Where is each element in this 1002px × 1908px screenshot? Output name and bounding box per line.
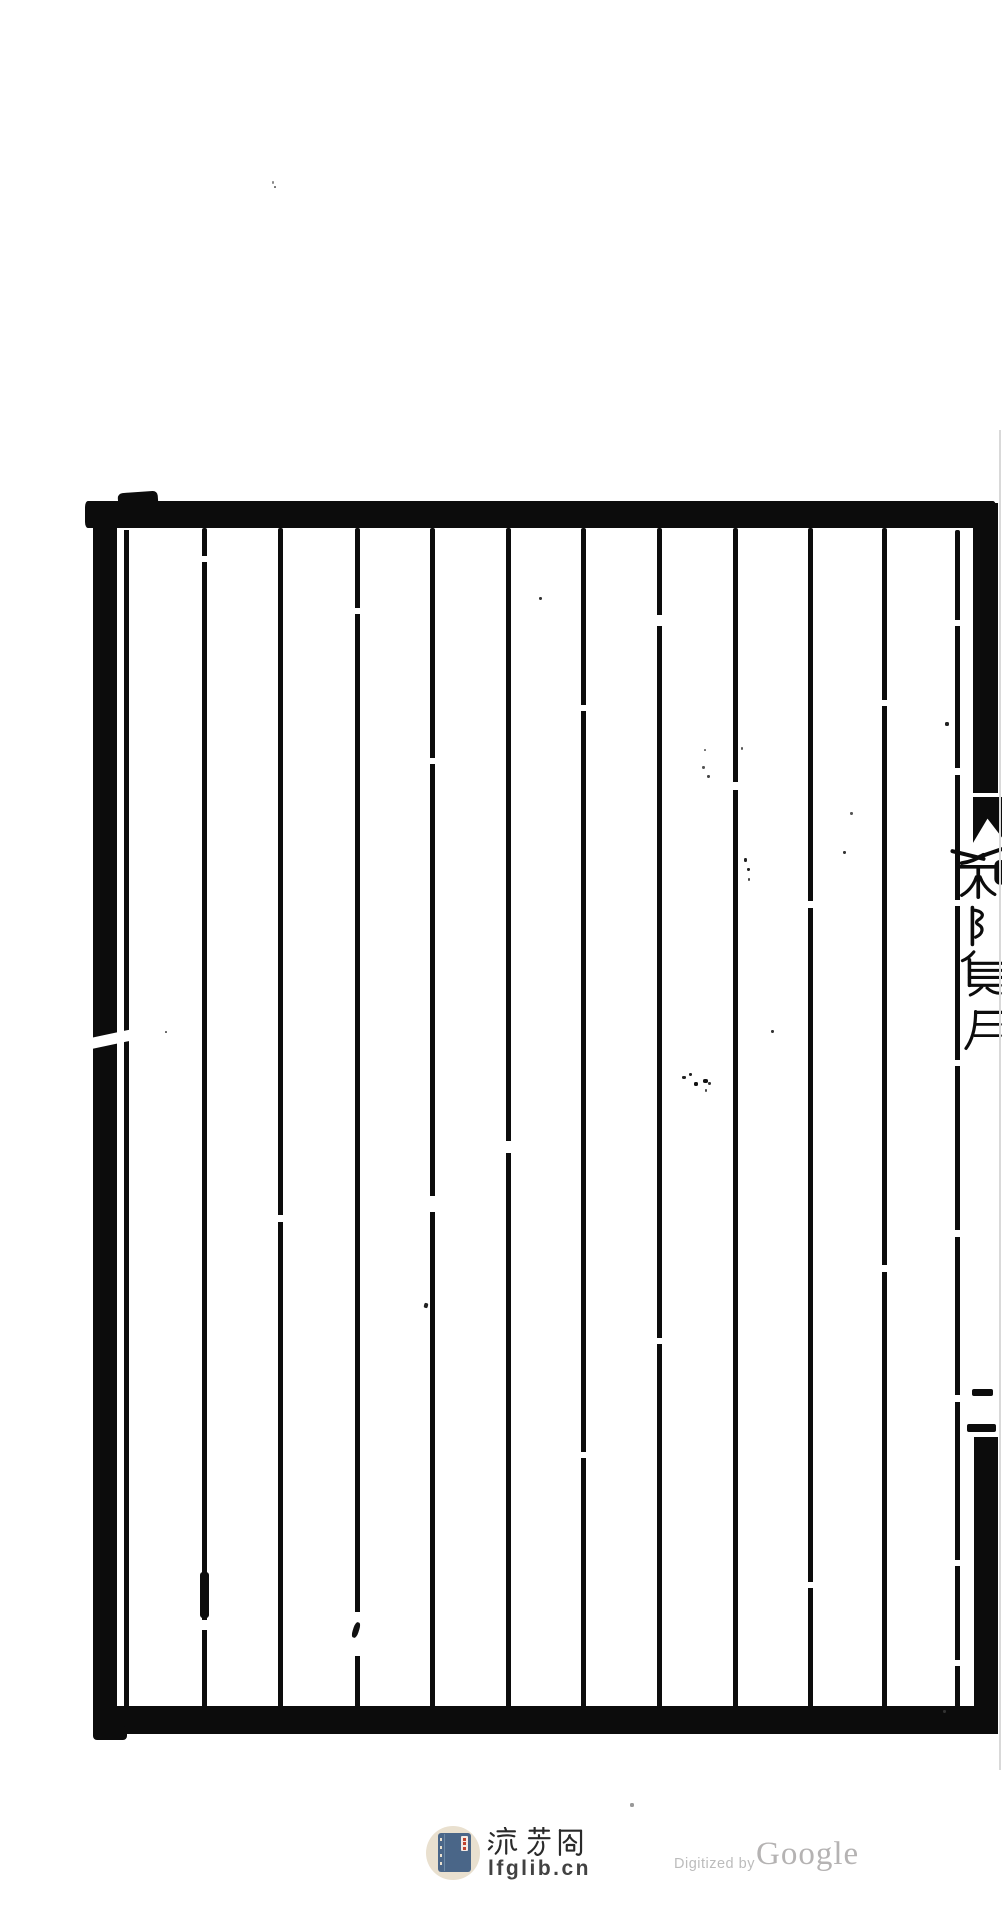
rule-gap bbox=[504, 1141, 513, 1153]
ink-speck bbox=[272, 181, 274, 184]
spine-black-strip-top bbox=[973, 503, 998, 793]
ink-speck bbox=[423, 1303, 428, 1309]
spine-title-char-3 bbox=[958, 947, 1002, 999]
ink-speck bbox=[694, 1082, 698, 1086]
column-rules-layer bbox=[0, 0, 1002, 1908]
google-logo-text: Google bbox=[756, 1836, 859, 1873]
column-rule bbox=[657, 528, 662, 1710]
rule-gap bbox=[428, 1196, 437, 1212]
spine-left-rule bbox=[955, 530, 960, 1708]
watermark-book-icon bbox=[438, 1833, 471, 1872]
ink-speck bbox=[630, 1803, 634, 1807]
char-fang bbox=[521, 1827, 552, 1858]
rule-gap bbox=[953, 1395, 962, 1402]
ink-speck bbox=[741, 747, 743, 750]
column-rule bbox=[430, 528, 435, 1710]
ink-speck bbox=[682, 1076, 686, 1079]
rule-gap bbox=[579, 1452, 588, 1458]
ink-blotch bbox=[200, 1572, 209, 1618]
ink-speck bbox=[539, 597, 542, 600]
char-liu bbox=[487, 1827, 518, 1858]
rule-gap bbox=[428, 758, 437, 764]
column-rule bbox=[202, 528, 207, 1710]
column-rule bbox=[581, 528, 586, 1710]
ink-speck bbox=[748, 878, 750, 881]
rule-gap bbox=[953, 1060, 962, 1066]
ink-speck bbox=[702, 766, 705, 769]
rule-gap bbox=[353, 608, 362, 614]
rule-gap bbox=[953, 1230, 962, 1237]
rule-gap bbox=[579, 705, 588, 711]
rule-gap bbox=[655, 615, 664, 626]
spine-title-char-2 bbox=[962, 904, 1002, 948]
rule-gap bbox=[953, 768, 962, 775]
ink-speck bbox=[744, 858, 747, 862]
ink-speck bbox=[945, 722, 949, 726]
rule-gap bbox=[953, 1560, 962, 1566]
rule-gap bbox=[200, 1620, 209, 1630]
ink-speck bbox=[943, 1710, 946, 1713]
digitized-by-text: Digitized by bbox=[674, 1856, 755, 1872]
rule-gap bbox=[953, 620, 962, 626]
column-rule bbox=[733, 528, 738, 1710]
spine-title-char-1 bbox=[958, 850, 1002, 902]
ink-speck bbox=[274, 186, 276, 188]
page-number-glyph bbox=[967, 1424, 996, 1432]
char-ge bbox=[555, 1827, 586, 1858]
ink-speck bbox=[689, 1073, 692, 1076]
rule-gap bbox=[880, 700, 889, 706]
spine-black-strip-bottom bbox=[974, 1437, 998, 1734]
ink-speck bbox=[747, 868, 750, 871]
ink-speck bbox=[705, 1089, 707, 1092]
watermark-site-name bbox=[487, 1827, 587, 1861]
column-rule bbox=[355, 528, 360, 1710]
ink-speck bbox=[704, 749, 706, 751]
scan-sheet-edge bbox=[999, 430, 1001, 1770]
column-rule bbox=[808, 528, 813, 1710]
scanned-book-page: lfglib.cn Digitized by Google bbox=[0, 0, 1002, 1908]
ink-speck bbox=[708, 1082, 711, 1085]
rule-gap bbox=[953, 1660, 962, 1666]
rule-gap bbox=[806, 1582, 815, 1588]
rule-gap bbox=[880, 1265, 889, 1272]
spine-title-char-4 bbox=[962, 1002, 1002, 1058]
ink-speck bbox=[850, 812, 853, 815]
rule-gap bbox=[806, 901, 815, 908]
column-rule bbox=[506, 528, 511, 1710]
rule-gap bbox=[276, 1215, 285, 1222]
page-number-glyph bbox=[972, 1389, 993, 1396]
rule-gap bbox=[731, 782, 740, 790]
column-rule bbox=[882, 528, 887, 1710]
ink-speck bbox=[707, 775, 710, 778]
column-rule bbox=[278, 528, 283, 1710]
watermark-site-url: lfglib.cn bbox=[488, 1857, 591, 1881]
ink-speck bbox=[771, 1030, 774, 1033]
ink-speck bbox=[843, 851, 846, 854]
ink-speck bbox=[165, 1031, 167, 1033]
rule-gap bbox=[200, 556, 209, 562]
rule-gap bbox=[655, 1338, 664, 1344]
